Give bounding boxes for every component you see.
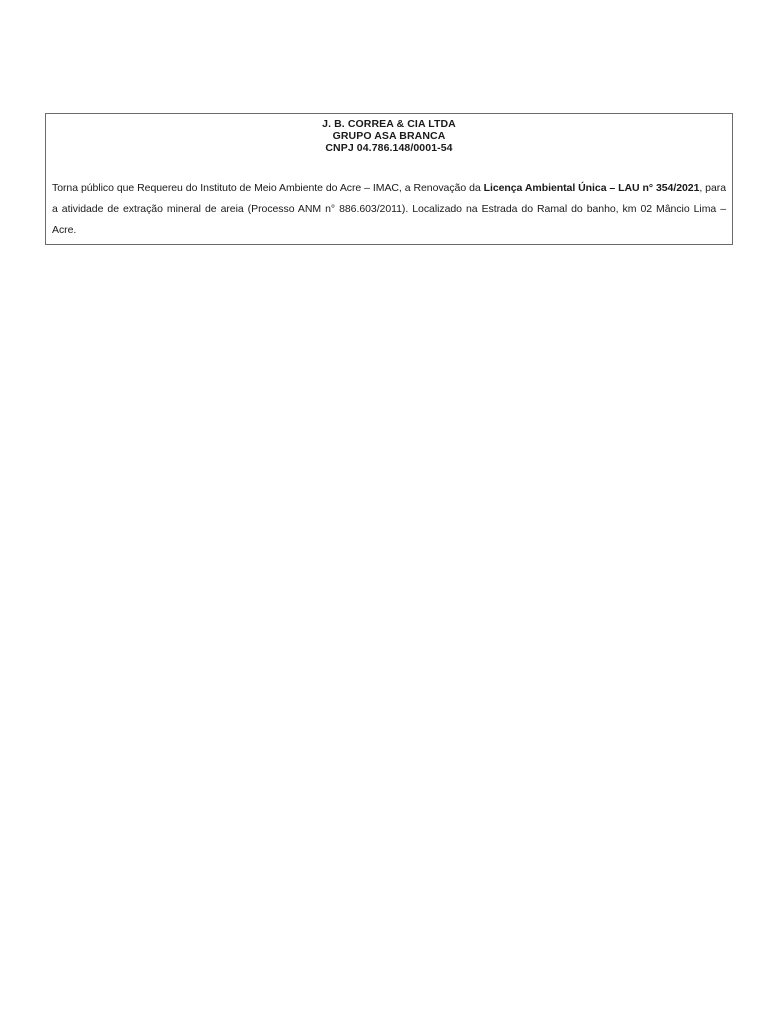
notice-intro-text: Torna público que Requereu do Instituto …	[52, 182, 484, 194]
cnpj-number: CNPJ 04.786.148/0001-54	[46, 142, 732, 154]
public-notice-box: J. B. CORREA & CIA LTDA GRUPO ASA BRANCA…	[45, 113, 733, 245]
company-name: J. B. CORREA & CIA LTDA	[46, 118, 732, 130]
group-name: GRUPO ASA BRANCA	[46, 130, 732, 142]
notice-body: Torna público que Requereu do Instituto …	[52, 178, 726, 241]
notice-header: J. B. CORREA & CIA LTDA GRUPO ASA BRANCA…	[46, 118, 732, 154]
license-number: Licença Ambiental Única – LAU n° 354/202…	[484, 182, 700, 194]
